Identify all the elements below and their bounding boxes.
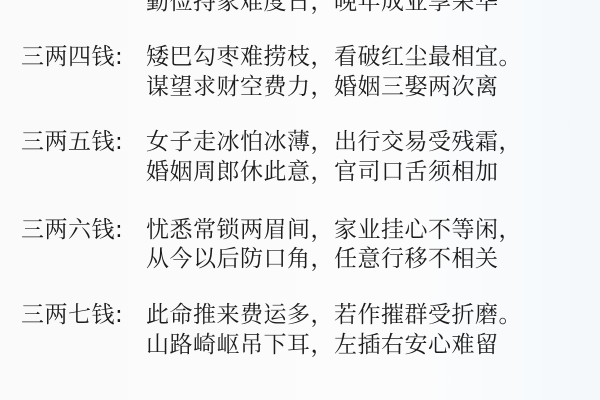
document-page: 勤俭持家难度日，晚年成业享荣华 三两四钱: 矮巴勾枣难捞枝，看破红尘最相宜。 谋… <box>0 0 600 400</box>
entry-label: 三两六钱: <box>21 216 123 244</box>
entry-line-1: 女子走冰怕冰薄，出行交易受残霜， <box>146 128 522 156</box>
entry-line-2: 山路崎岖吊下耳，左插右安心难留 <box>146 331 499 359</box>
entry-line-2: 谋望求财空费力，婚姻三娶两次离 <box>146 73 499 101</box>
entry-label: 三两五钱: <box>21 128 123 156</box>
entry-line-2: 从今以后防口角，任意行移不相关 <box>146 245 499 273</box>
entry-label: 三两四钱: <box>21 43 123 71</box>
entry-line-2: 婚姻周郎休此意，官司口舌须相加 <box>146 158 499 186</box>
entry-line-1: 忧悉常锁两眉间，家业挂心不等闲， <box>146 216 522 244</box>
entry-line-1: 此命推来费运多，若作摧群受折磨。 <box>146 301 522 329</box>
entry-0-line-2: 勤俭持家难度日，晚年成业享荣华 <box>146 0 499 16</box>
entry-line-1: 矮巴勾枣难捞枝，看破红尘最相宜。 <box>146 43 522 71</box>
entry-label: 三两七钱: <box>21 301 123 329</box>
